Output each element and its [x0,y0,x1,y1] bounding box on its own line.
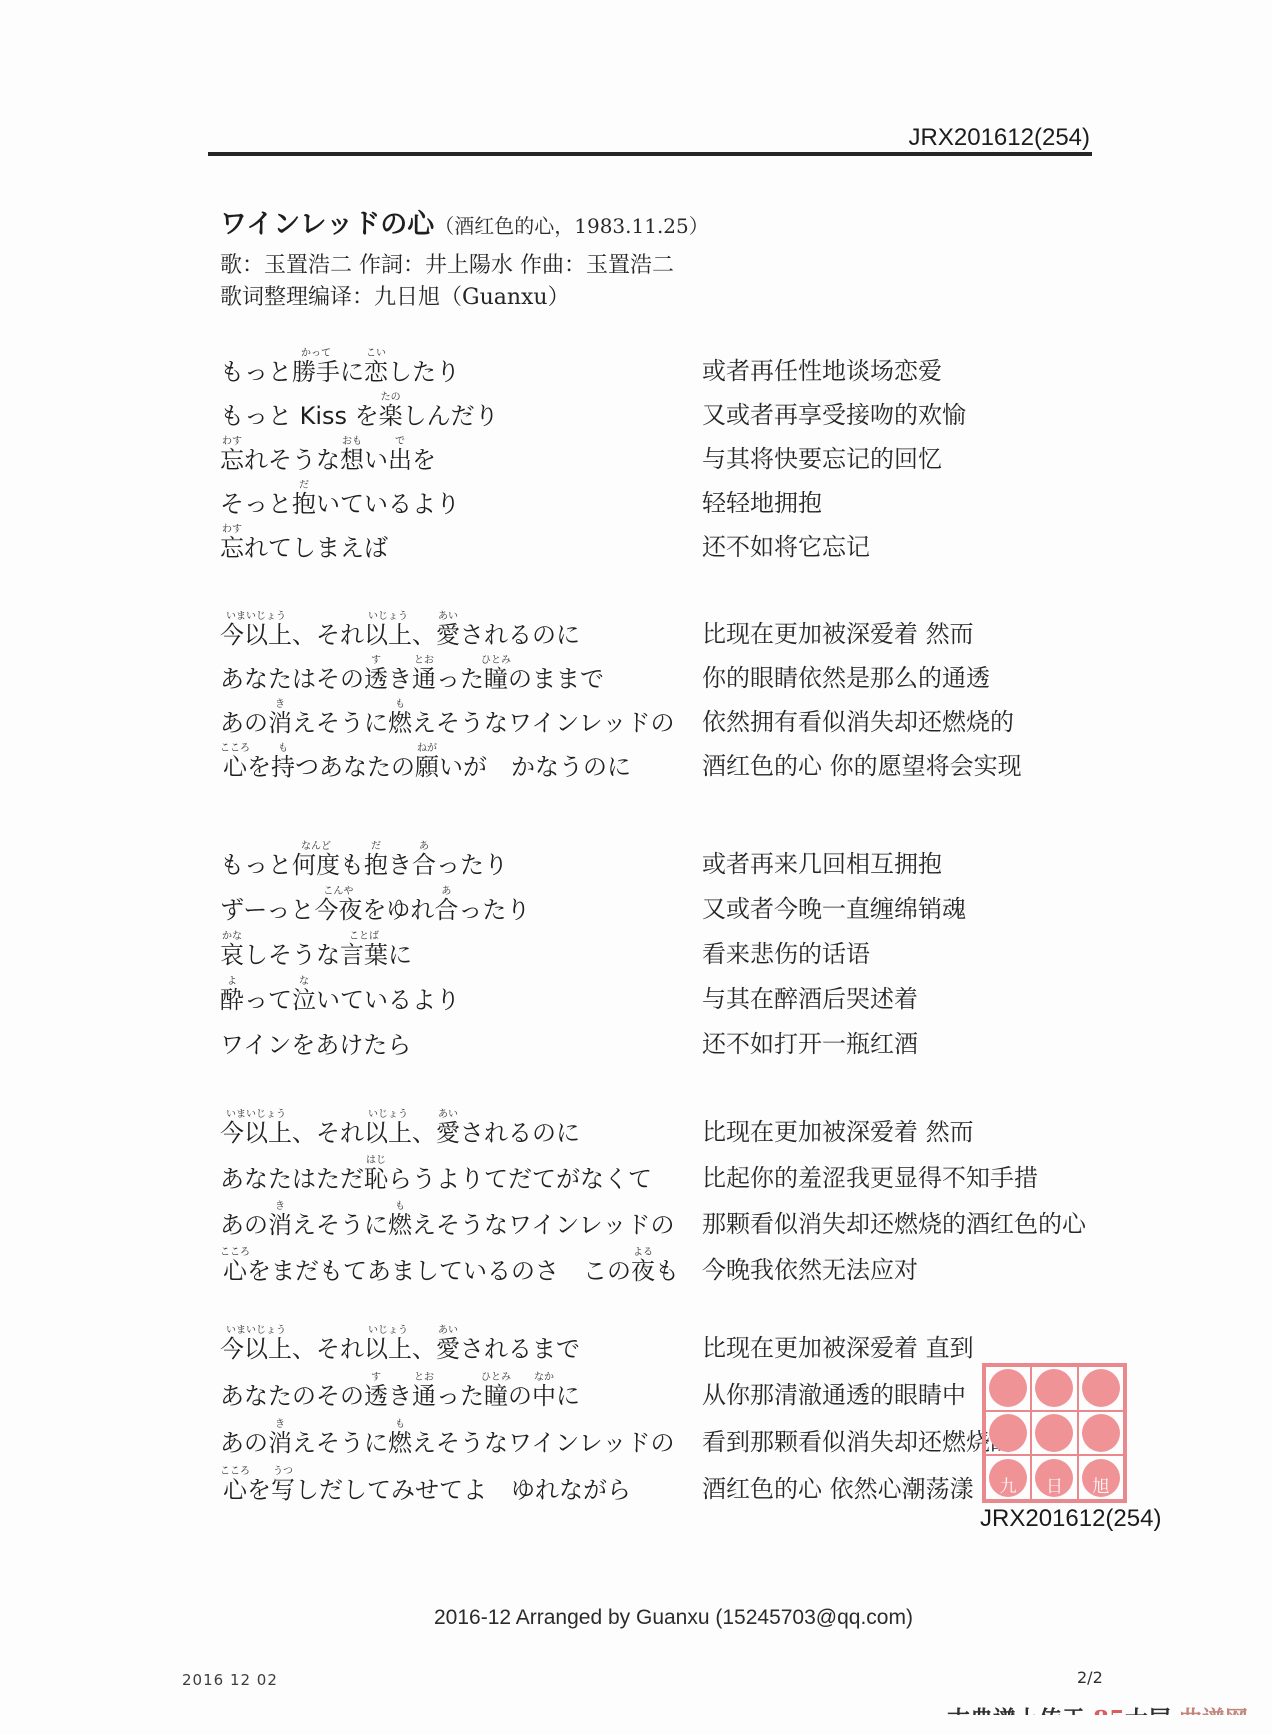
chinese-translation-line: 轻轻地拥抱 [702,491,822,516]
chinese-translation-line: 与其在醉酒后哭述着 [702,987,918,1012]
japanese-line: 心こころを写うつしだしてみせてよ ゆれながら [220,1466,631,1503]
lyric-row: あの消きえそうに燃もえそうなワインレッドの依然拥有看似消失却还燃烧的 [220,692,1272,736]
lyric-row: そっと抱だいているより轻轻地拥抱 [220,473,1272,517]
nine-circle-seal-stamp: 九日旭 [982,1363,1127,1503]
chinese-translation-line: 还不如将它忘记 [702,535,870,560]
cutoff-text-segment: 大屋 [1125,1706,1179,1715]
stamp-cell: 日 [1031,1455,1077,1500]
chinese-translation-line: 那颗看似消失却还燃烧的酒红色的心 [702,1212,1086,1237]
verse-3: もっと何度なんども抱だき合あったり或者再来几回相互拥抱ずーっと今夜こんやをゆれ合… [220,833,1272,1058]
japanese-line: 忘わすれそうな想おもい出でを [220,436,436,473]
stamp-circle [1035,1414,1073,1452]
stamp-cell [985,1366,1031,1411]
lyric-row: 心こころをまだもてあましているのさ この夜よるも今晚我依然无法应对 [220,1238,1272,1284]
chinese-translation-line: 看来悲伤的话语 [702,942,870,967]
japanese-line: あの消きえそうに燃もえそうなワインレッドの [220,1201,674,1238]
chinese-translation-line: 看到那颗看似消失却还燃烧的 [702,1430,1014,1455]
lyric-row: あなたはただ恥はじらうよりてだてがなくて比起你的羞涩我更显得不知手措 [220,1146,1272,1192]
stamp-cell: 旭 [1078,1455,1124,1500]
chinese-translation-line: 你的眼睛依然是那么的通透 [702,666,990,691]
credits-artists: 歌：玉置浩二 作詞：井上陽水 作曲：玉置浩二 [220,248,674,279]
stamp-circle [989,1369,1027,1407]
lyric-row: もっと何度なんども抱だき合あったり或者再来几回相互拥抱 [220,833,1272,878]
chinese-translation-line: 还不如打开一瓶红酒 [702,1032,918,1057]
lyric-row: 今以上いまいじょう、それ以上いじょう、愛あいされるのに比现在更加被深爱着 然而 [220,604,1272,648]
cutoff-text-segment: 曲谱网 [1179,1706,1248,1715]
japanese-line: あの消きえそうに燃もえそうなワインレッドの [220,699,674,736]
japanese-line: あなたはただ恥はじらうよりてだてがなくて [220,1155,652,1192]
song-title: ワインレッドの心（酒红色的心，1983.11.25） [220,202,709,241]
stamp-circle [1082,1369,1120,1407]
stamp-circle [1035,1369,1073,1407]
lyrics-sheet-page: JRX201612(254) ワインレッドの心（酒红色的心，1983.11.25… [0,0,1272,1735]
lyric-row: ワインをあけたら还不如打开一瓶红酒 [220,1013,1272,1058]
credits-translator: 歌词整理编译：九日旭（Guanxu） [220,280,570,311]
lyric-row: 今以上いまいじょう、それ以上いじょう、愛あいされるのに比现在更加被深爱着 然而 [220,1100,1272,1146]
stamp-character: 旭 [1092,1472,1109,1497]
japanese-line: あなたはその透すき通とおった瞳ひとみのままで [220,655,604,692]
japanese-line: 心こころをまだもてあましているのさ この夜よるも [220,1247,679,1284]
chinese-translation-line: 酒红色的心 你的愿望将会实现 [702,754,1022,779]
page-bottom-cutoff-text: 古典谱上传于 85大屋 曲谱网 [947,1701,1248,1715]
chinese-translation-line: 与其将快要忘记的回忆 [702,447,942,472]
stamp-cell [1078,1411,1124,1456]
verse-4: 今以上いまいじょう、それ以上いじょう、愛あいされるのに比现在更加被深爱着 然而あ… [220,1100,1272,1284]
japanese-line: ずーっと今夜こんやをゆれ合あったり [220,886,530,923]
lyric-row: 今以上いまいじょう、それ以上いじょう、愛あいされるまで比现在更加被深爱着 直到 [220,1315,1272,1362]
stamp-character: 九 [1000,1472,1017,1497]
chinese-translation-line: 或者再来几回相互拥抱 [702,852,942,877]
stamp-circle [1082,1414,1120,1452]
lyric-row: 忘わすれそうな想おもい出でを与其将快要忘记的回忆 [220,429,1272,473]
japanese-line: もっと Kiss を楽たのしんだり [220,392,499,429]
japanese-line: あなたのその透すき通とおった瞳ひとみの中なかに [220,1372,580,1409]
japanese-line: 忘わすれてしまえば [220,524,388,561]
japanese-line: もっと何度なんども抱だき合あったり [220,841,508,878]
japanese-line: そっと抱だいているより [220,480,460,517]
stamp-circle [989,1414,1027,1452]
japanese-line: あの消きえそうに燃もえそうなワインレッドの [220,1419,674,1456]
stamp-cell [1031,1411,1077,1456]
document-code-stamp-label: JRX201612(254) [980,1505,1161,1533]
arranged-by-footer: 2016-12 Arranged by Guanxu (15245703@qq.… [434,1606,913,1630]
verse-2: 今以上いまいじょう、それ以上いじょう、愛あいされるのに比现在更加被深爱着 然而あ… [220,604,1272,780]
document-code-header: JRX201612(254) [909,124,1090,152]
stamp-character: 日 [1046,1472,1063,1497]
lyric-row: もっと勝手かってに恋こいしたり或者再任性地谈场恋爱 [220,341,1272,385]
stamp-cell: 九 [985,1455,1031,1500]
chinese-translation-line: 比起你的羞涩我更显得不知手措 [702,1166,1038,1191]
chinese-translation-line: 今晚我依然无法应对 [702,1258,918,1283]
footer-date: 2016 12 02 [182,1671,278,1689]
cutoff-text-segment: 古典谱上传于 [947,1706,1085,1715]
lyric-row: あの消きえそうに燃もえそうなワインレッドの那颗看似消失却还燃烧的酒红色的心 [220,1192,1272,1238]
japanese-line: 酔よって泣ないているより [220,976,460,1013]
chinese-translation-line: 依然拥有看似消失却还燃烧的 [702,710,1014,735]
chinese-translation-line: 或者再任性地谈场恋爱 [702,359,942,384]
lyric-row: もっと Kiss を楽たのしんだり又或者再享受接吻的欢愉 [220,385,1272,429]
chinese-translation-line: 比现在更加被深爱着 然而 [702,622,974,647]
chinese-translation-line: 从你那清澈通透的眼睛中 [702,1383,966,1408]
japanese-line: 今以上いまいじょう、それ以上いじょう、愛あいされるまで [220,1325,580,1362]
chinese-translation-line: 又或者再享受接吻的欢愉 [702,403,966,428]
song-title-annotation: （酒红色的心，1983.11.25） [434,214,709,238]
cutoff-text-segment: 85 [1085,1706,1125,1715]
japanese-line: 哀かなしそうな言葉ことばに [220,931,412,968]
japanese-line: 今以上いまいじょう、それ以上いじょう、愛あいされるのに [220,1109,580,1146]
lyric-row: 酔よって泣ないているより与其在醉酒后哭述着 [220,968,1272,1013]
song-title-japanese: ワインレッドの心 [220,209,434,240]
japanese-line: 心こころを持もつあなたの願ねがいが かなうのに [220,743,631,780]
lyric-row: あなたはその透すき通とおった瞳ひとみのままで你的眼睛依然是那么的通透 [220,648,1272,692]
lyric-row: 心こころを持もつあなたの願ねがいが かなうのに酒红色的心 你的愿望将会实现 [220,736,1272,780]
lyric-row: 忘わすれてしまえば还不如将它忘记 [220,517,1272,561]
stamp-cell [1031,1366,1077,1411]
footer-page-number: 2/2 [1077,1668,1103,1687]
japanese-line: 今以上いまいじょう、それ以上いじょう、愛あいされるのに [220,611,580,648]
chinese-translation-line: 比现在更加被深爱着 然而 [702,1120,974,1145]
chinese-translation-line: 比现在更加被深爱着 直到 [702,1336,974,1361]
chinese-translation-line: 酒红色的心 依然心潮荡漾 [702,1477,974,1502]
verse-1: もっと勝手かってに恋こいしたり或者再任性地谈场恋爱もっと Kiss を楽たのしん… [220,341,1272,561]
japanese-line: もっと勝手かってに恋こいしたり [220,348,460,385]
stamp-cell [1078,1366,1124,1411]
header-divider-line [208,152,1092,156]
stamp-cell [985,1411,1031,1456]
lyric-row: 哀かなしそうな言葉ことばに看来悲伤的话语 [220,923,1272,968]
japanese-line: ワインをあけたら [220,1033,411,1058]
chinese-translation-line: 又或者今晚一直缠绵销魂 [702,897,966,922]
lyric-row: ずーっと今夜こんやをゆれ合あったり又或者今晚一直缠绵销魂 [220,878,1272,923]
